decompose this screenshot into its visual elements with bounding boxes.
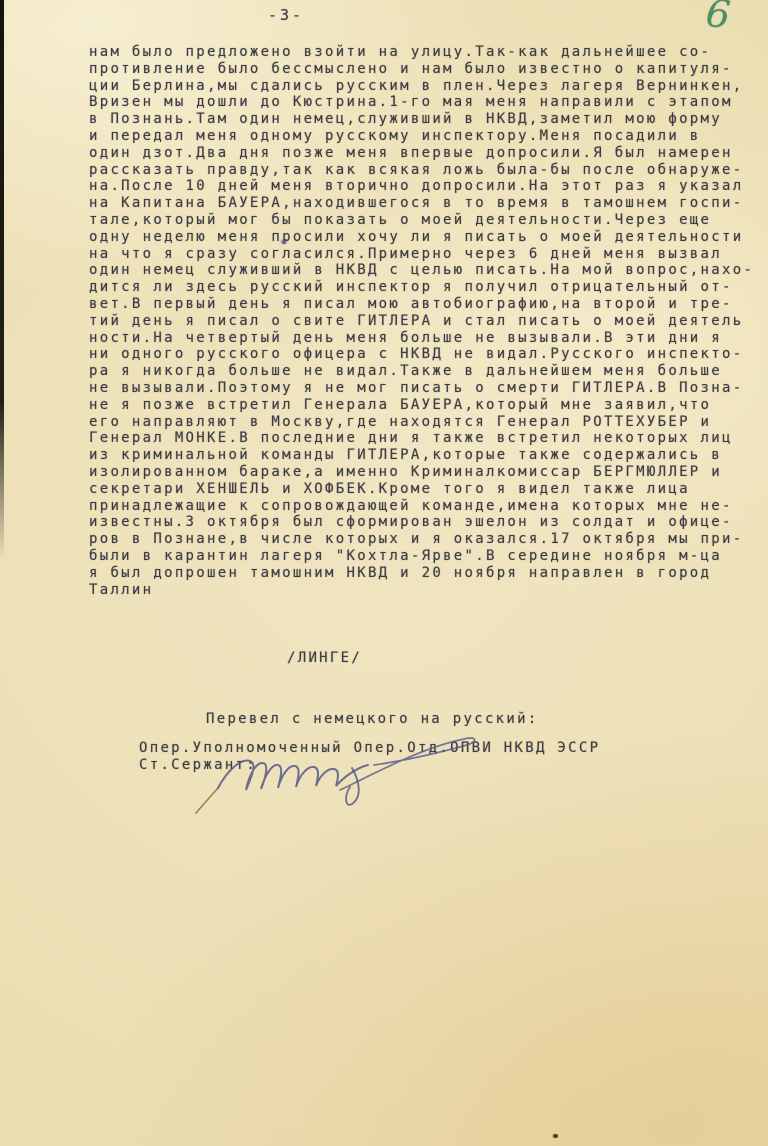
officer-title-line: Опер.Уполномоченный Опер.Отд.ОПВИ НКВД Э… bbox=[139, 740, 600, 756]
officer-rank-line: Ст.Сержант: bbox=[139, 757, 257, 773]
handwritten-folio-number: 6 bbox=[704, 0, 733, 37]
scan-edge-strip bbox=[0, 0, 4, 560]
body-text: нам было предложено взойти на улицу.Так-… bbox=[89, 44, 754, 598]
paper-speck bbox=[553, 1134, 558, 1138]
page-number: -3- bbox=[268, 6, 304, 24]
translator-line: Перевел с немецкого на русский: bbox=[206, 711, 539, 727]
signatory-name: /ЛИНГЕ/ bbox=[287, 650, 362, 666]
document-page: -3- 6 нам было предложено взойти на улиц… bbox=[0, 0, 768, 1146]
